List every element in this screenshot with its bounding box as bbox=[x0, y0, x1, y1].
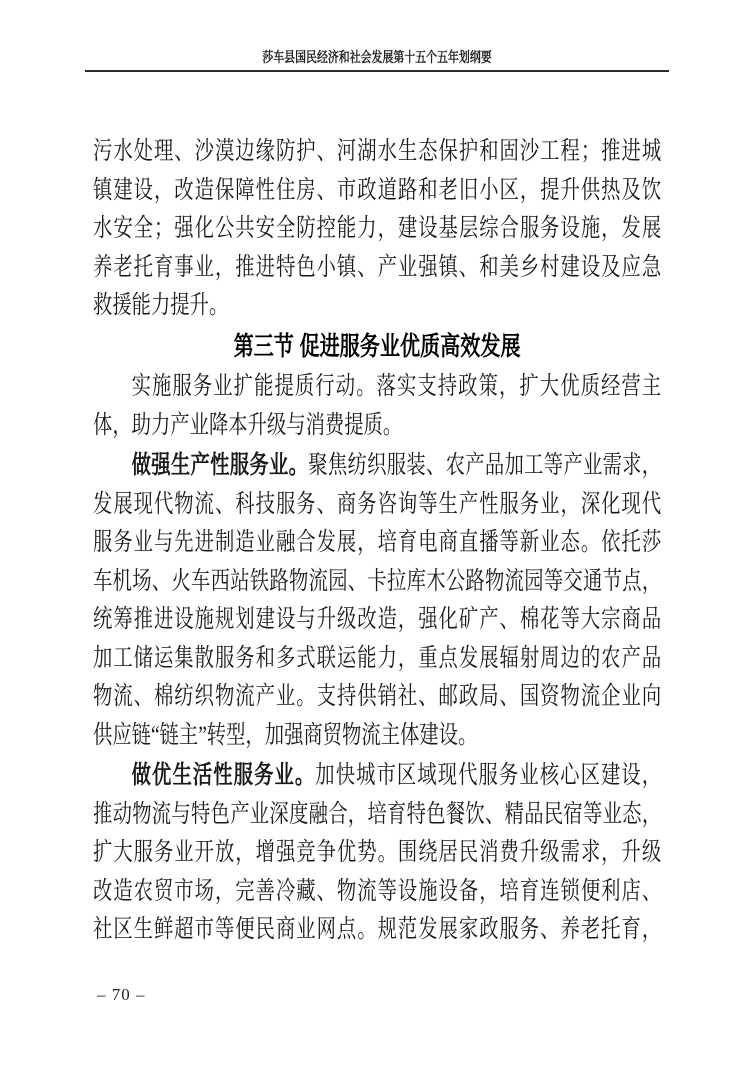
header-title: 莎车县国民经济和社会发展第十五个五年划纲要 bbox=[262, 47, 491, 67]
text-run: 实施服务业扩能提质行动。落实支持政策，扩大优质经营主 bbox=[132, 373, 662, 400]
text-run: 服务业与先进制造业融合发展，培育电商直播等新业态。依托莎 bbox=[93, 529, 661, 556]
text-run: 推动物流与特色产业深度融合，培育特色餐饮、精品民宿等业态， bbox=[93, 801, 661, 828]
paragraph-line: 体，助力产业降本升级与消费提质。 bbox=[93, 407, 661, 446]
document-body: 污水处理、沙漠边缘防护、河湖水生态保护和固沙工程；推进城镇建设，改造保障性住房、… bbox=[93, 133, 661, 950]
text-run: 统筹推进设施规划建设与升级改造，强化矿产、棉花等大宗商品 bbox=[93, 606, 661, 633]
text-run: 养老托育事业，推进特色小镇、产业强镇、和美乡村建设及应急 bbox=[93, 254, 661, 281]
paragraph-line: 实施服务业扩能提质行动。落实支持政策，扩大优质经营主 bbox=[93, 368, 661, 407]
paragraph-line: 供应链“链主”转型，加强商贸物流主体建设。 bbox=[93, 717, 661, 756]
paragraph-line: 统筹推进设施规划建设与升级改造，强化矿产、棉花等大宗商品 bbox=[93, 601, 661, 640]
text-run: 水安全；强化公共安全防控能力，建设基层综合服务设施，发展 bbox=[93, 215, 661, 242]
paragraph: 实施服务业扩能提质行动。落实支持政策，扩大优质经营主体，助力产业降本升级与消费提… bbox=[93, 368, 661, 445]
bold-run: 做强生产性服务业。 bbox=[132, 452, 309, 479]
text-run: 救援能力提升。 bbox=[93, 292, 228, 319]
paragraph-line: 救援能力提升。 bbox=[93, 287, 661, 326]
paragraph: 做优生活性服务业。加快城市区域现代服务业核心区建设，推动物流与特色产业深度融合，… bbox=[93, 757, 661, 950]
paragraph-line: 车机场、火车西站铁路物流园、卡拉库木公路物流园等交通节点， bbox=[93, 563, 661, 602]
paragraph-line: 物流、棉纺织物流产业。支持供销社、邮政局、国资物流企业向 bbox=[93, 678, 661, 717]
text-run: 供应链“链主”转型，加强商贸物流主体建设。 bbox=[93, 722, 477, 749]
text-run: 体，助力产业降本升级与消费提质。 bbox=[93, 412, 402, 439]
paragraph-line: 做强生产性服务业。聚焦纺织服装、农产品加工等产业需求， bbox=[93, 447, 661, 486]
paragraph: 污水处理、沙漠边缘防护、河湖水生态保护和固沙工程；推进城镇建设，改造保障性住房、… bbox=[93, 133, 661, 326]
paragraph-line: 加工储运集散服务和多式联运能力，重点发展辐射周边的农产品 bbox=[93, 640, 661, 679]
bold-run: 做优生活性服务业。 bbox=[132, 762, 316, 789]
page-number: – 70 – bbox=[97, 985, 146, 1004]
paragraph-line: 镇建设，改造保障性住房、市政道路和老旧小区，提升供热及饮 bbox=[93, 172, 661, 211]
text-run: 加快城市区域现代服务业核心区建设， bbox=[315, 762, 661, 789]
paragraph-line: 服务业与先进制造业融合发展，培育电商直播等新业态。依托莎 bbox=[93, 524, 661, 563]
text-run: 镇建设，改造保障性住房、市政道路和老旧小区，提升供热及饮 bbox=[93, 177, 661, 204]
document-page: 莎车县国民经济和社会发展第十五个五年划纲要 污水处理、沙漠边缘防护、河湖水生态保… bbox=[0, 0, 753, 1066]
text-run: 加工储运集散服务和多式联运能力，重点发展辐射周边的农产品 bbox=[93, 645, 661, 672]
text-run: 扩大服务业开放，增强竞争优势。围绕居民消费升级需求，升级 bbox=[93, 839, 661, 866]
header-rule bbox=[85, 70, 669, 72]
text-run: 发展现代物流、科技服务、商务咨询等生产性服务业，深化现代 bbox=[93, 491, 661, 518]
paragraph-line: 扩大服务业开放，增强竞争优势。围绕居民消费升级需求，升级 bbox=[93, 834, 661, 873]
paragraph-line: 推动物流与特色产业深度融合，培育特色餐饮、精品民宿等业态， bbox=[93, 796, 661, 835]
paragraph-line: 水安全；强化公共安全防控能力，建设基层综合服务设施，发展 bbox=[93, 210, 661, 249]
paragraph-line: 社区生鲜超市等便民商业网点。规范发展家政服务、养老托育， bbox=[93, 911, 661, 950]
paragraph-line: 污水处理、沙漠边缘防护、河湖水生态保护和固沙工程；推进城 bbox=[93, 133, 661, 172]
text-run: 聚焦纺织服装、农产品加工等产业需求， bbox=[308, 452, 661, 479]
text-run: 物流、棉纺织物流产业。支持供销社、邮政局、国资物流企业向 bbox=[93, 683, 661, 710]
page-header: 莎车县国民经济和社会发展第十五个五年划纲要 bbox=[0, 47, 753, 67]
paragraph-line: 做优生活性服务业。加快城市区域现代服务业核心区建设， bbox=[93, 757, 661, 796]
paragraph-line: 养老托育事业，推进特色小镇、产业强镇、和美乡村建设及应急 bbox=[93, 249, 661, 288]
paragraph: 做强生产性服务业。聚焦纺织服装、农产品加工等产业需求，发展现代物流、科技服务、商… bbox=[93, 447, 661, 755]
text-run: 车机场、火车西站铁路物流园、卡拉库木公路物流园等交通节点， bbox=[93, 568, 661, 595]
text-run: 改造农贸市场，完善冷藏、物流等设施设备，培育连锁便利店、 bbox=[93, 878, 661, 905]
paragraph-line: 改造农贸市场，完善冷藏、物流等设施设备，培育连锁便利店、 bbox=[93, 873, 661, 912]
section-heading: 第三节 促进服务业优质高效发展 bbox=[93, 327, 661, 366]
page-footer: – 70 – bbox=[97, 985, 146, 1005]
text-run: 社区生鲜超市等便民商业网点。规范发展家政服务、养老托育， bbox=[93, 916, 661, 943]
text-run: 污水处理、沙漠边缘防护、河湖水生态保护和固沙工程；推进城 bbox=[93, 138, 661, 165]
paragraph-line: 发展现代物流、科技服务、商务咨询等生产性服务业，深化现代 bbox=[93, 486, 661, 525]
